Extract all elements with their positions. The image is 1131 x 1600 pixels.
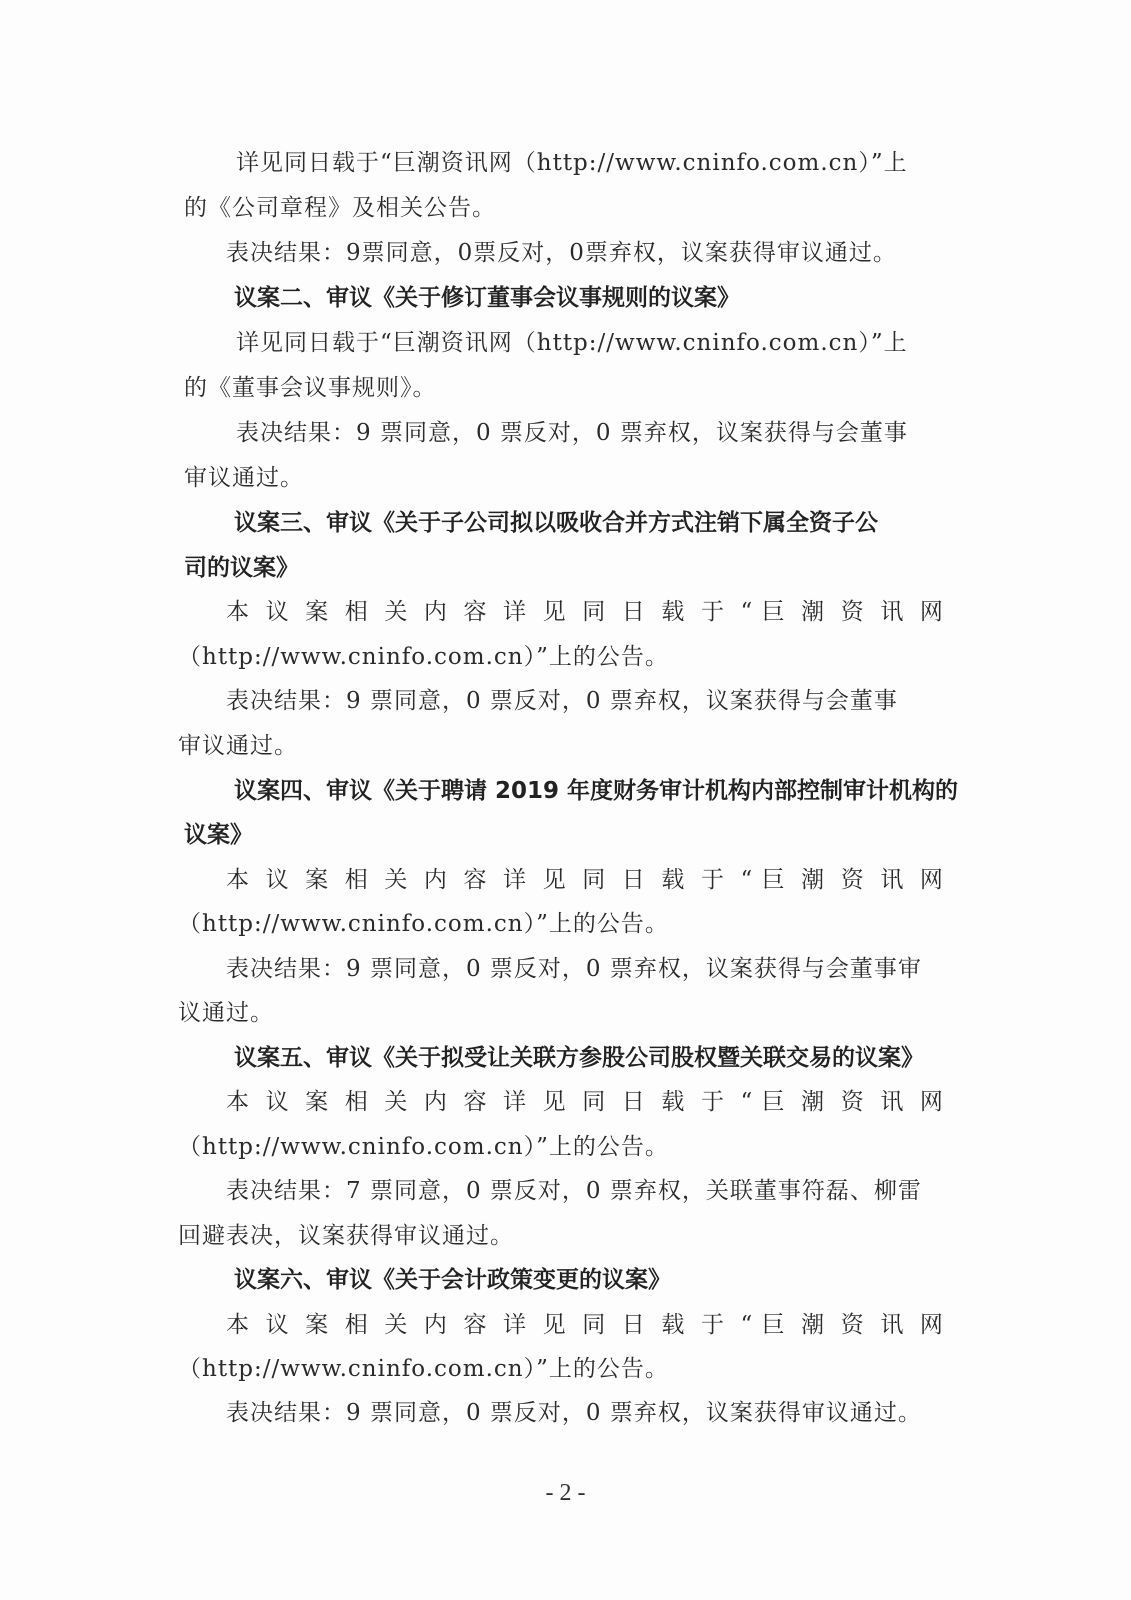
char: 讯 (880, 597, 904, 627)
char: 本 (226, 1310, 250, 1340)
char: 案 (305, 1310, 329, 1340)
char: 载 (661, 1087, 685, 1117)
char: 同 (582, 597, 606, 627)
body-line: （http://www.cninfo.com.cn）”上的公告。 (178, 1132, 669, 1162)
char: 议 (266, 597, 290, 627)
motion-3-heading-cont: 司的议案》 (184, 553, 299, 583)
char: “ 巨 (741, 865, 786, 895)
char: 见 (543, 1310, 567, 1340)
char: 议 (266, 865, 290, 895)
char: 日 (622, 1087, 646, 1117)
char: 载 (661, 1310, 685, 1340)
char: 同 (582, 1087, 606, 1117)
char: 于 (701, 1310, 725, 1340)
char: 内 (424, 865, 448, 895)
char: 载 (661, 597, 685, 627)
char: 载 (661, 865, 685, 895)
char: 关 (384, 597, 408, 627)
body-line: 详见同日载于“巨潮资讯网（http://www.cninfo.com.cn）”上 (236, 328, 908, 358)
char: 本 (226, 865, 250, 895)
char: 相 (345, 1310, 369, 1340)
motion-4-heading-cont: 议案》 (184, 820, 253, 850)
char: 网 (920, 1310, 944, 1340)
vote-result-line: 表决结果：9票同意，0票反对，0票弃权，议案获得审议通过。 (226, 238, 897, 268)
char: 于 (701, 865, 725, 895)
char: 日 (622, 597, 646, 627)
char: 潮 (801, 865, 825, 895)
body-line: 的《董事会议事规则》。 (184, 373, 437, 403)
spaced-body-line: 本 议 案 相 关 内 容 详 见 同 日 载 于 “ 巨 潮 资 讯 网 (226, 1087, 944, 1117)
char: 详 (503, 865, 527, 895)
char: 讯 (880, 1087, 904, 1117)
char: 资 (841, 1310, 865, 1340)
vote-result-line: 表决结果：9 票同意，0 票反对，0 票弃权，议案获得与会董事 (226, 686, 898, 716)
motion-3-heading: 议案三、审议《关于子公司拟以吸收合并方式注销下属全资子公 (234, 508, 878, 538)
body-line: （http://www.cninfo.com.cn）”上的公告。 (178, 909, 669, 939)
char: 关 (384, 1310, 408, 1340)
char: 本 (226, 597, 250, 627)
body-line: 议通过。 (178, 998, 274, 1028)
char: 相 (345, 597, 369, 627)
char: 容 (463, 865, 487, 895)
char: 相 (345, 865, 369, 895)
motion-5-heading: 议案五、审议《关于拟受让关联方参股公司股权暨关联交易的议案》 (234, 1043, 924, 1073)
char: 关 (384, 865, 408, 895)
char: 关 (384, 1087, 408, 1117)
char: “ 巨 (741, 597, 786, 627)
char: 容 (463, 1310, 487, 1340)
char: “ 巨 (741, 1310, 786, 1340)
char: 资 (841, 865, 865, 895)
char: “ 巨 (741, 1087, 786, 1117)
spaced-body-line: 本 议 案 相 关 内 容 详 见 同 日 载 于 “ 巨 潮 资 讯 网 (226, 1310, 944, 1340)
char: 同 (582, 865, 606, 895)
page-number: - 2 - (0, 1480, 1131, 1507)
char: 网 (920, 865, 944, 895)
vote-result-line: 表决结果：9 票同意，0 票反对，0 票弃权，议案获得审议通过。 (226, 1398, 922, 1428)
char: 潮 (801, 1310, 825, 1340)
char: 议 (266, 1087, 290, 1117)
char: 详 (503, 1087, 527, 1117)
char: 内 (424, 1310, 448, 1340)
char: 资 (841, 597, 865, 627)
char: 案 (305, 865, 329, 895)
char: 潮 (801, 597, 825, 627)
body-line: 审议通过。 (184, 463, 304, 493)
char: 本 (226, 1087, 250, 1117)
char: 内 (424, 1087, 448, 1117)
char: 内 (424, 597, 448, 627)
char: 网 (920, 597, 944, 627)
char: 见 (543, 597, 567, 627)
spaced-body-line: 本 议 案 相 关 内 容 详 见 同 日 载 于 “ 巨 潮 资 讯 网 (226, 597, 944, 627)
char: 容 (463, 1087, 487, 1117)
char: 讯 (880, 1310, 904, 1340)
body-line: 审议通过。 (178, 731, 298, 761)
char: 网 (920, 1087, 944, 1117)
body-line: 详见同日载于“巨潮资讯网（http://www.cninfo.com.cn）”上 (236, 148, 908, 178)
spaced-body-line: 本 议 案 相 关 内 容 详 见 同 日 载 于 “ 巨 潮 资 讯 网 (226, 865, 944, 895)
motion-4-heading: 议案四、审议《关于聘请 2019 年度财务审计机构内部控制审计机构的 (234, 776, 958, 806)
body-line: 的《公司章程》及相关公告。 (184, 193, 496, 223)
char: 潮 (801, 1087, 825, 1117)
char: 日 (622, 865, 646, 895)
body-line: （http://www.cninfo.com.cn）”上的公告。 (178, 642, 669, 672)
char: 于 (701, 1087, 725, 1117)
char: 讯 (880, 865, 904, 895)
char: 案 (305, 597, 329, 627)
char: 资 (841, 1087, 865, 1117)
char: 同 (582, 1310, 606, 1340)
motion-2-heading: 议案二、审议《关于修订董事会议事规则的议案》 (234, 283, 740, 313)
body-line: 回避表决，议案获得审议通过。 (178, 1221, 514, 1251)
vote-result-line: 表决结果：9 票同意，0 票反对，0 票弃权，议案获得与会董事 (236, 418, 908, 448)
body-line: （http://www.cninfo.com.cn）”上的公告。 (178, 1354, 669, 1384)
char: 日 (622, 1310, 646, 1340)
char: 案 (305, 1087, 329, 1117)
char: 容 (463, 597, 487, 627)
vote-result-line: 表决结果：7 票同意，0 票反对，0 票弃权，关联董事符磊、柳雷 (226, 1176, 922, 1206)
char: 详 (503, 1310, 527, 1340)
vote-result-line: 表决结果：9 票同意，0 票反对，0 票弃权，议案获得与会董事审 (226, 954, 922, 984)
char: 于 (701, 597, 725, 627)
char: 议 (266, 1310, 290, 1340)
char: 见 (543, 865, 567, 895)
char: 见 (543, 1087, 567, 1117)
motion-6-heading: 议案六、审议《关于会计政策变更的议案》 (234, 1265, 671, 1295)
char: 相 (345, 1087, 369, 1117)
char: 详 (503, 597, 527, 627)
document-page: 详见同日载于“巨潮资讯网（http://www.cninfo.com.cn）”上… (0, 0, 1131, 1600)
